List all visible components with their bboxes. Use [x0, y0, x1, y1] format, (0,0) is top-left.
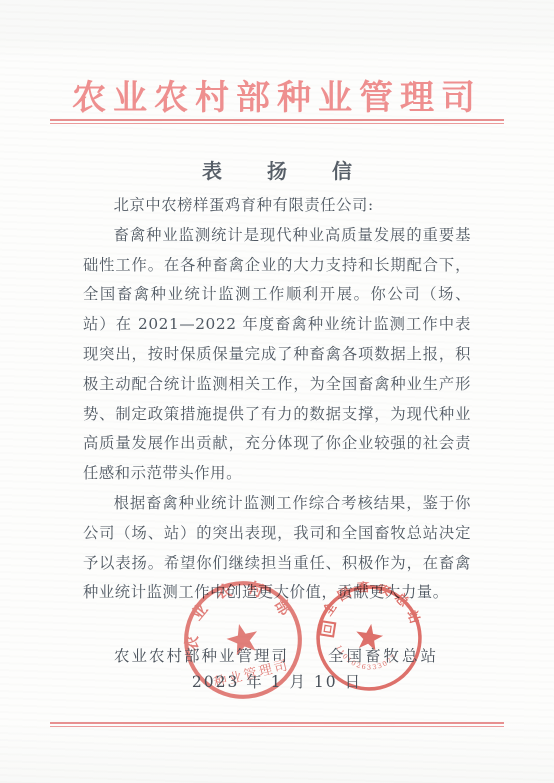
footer-rule — [50, 722, 504, 727]
signature-org-right: 全国畜牧总站 — [328, 644, 439, 666]
body-paragraph-1: 畜禽种业监测统计是现代种业高质量发展的重要基础性工作。在各种畜禽企业的大力支持和… — [83, 221, 471, 489]
seal-right-emblem-box-inner — [324, 625, 331, 632]
seal-right-emblem-box — [320, 621, 335, 636]
letter-date: 2023 年 1 月 10 日 — [0, 670, 554, 692]
signature-org-left: 农业农村部种业管理司 — [114, 644, 289, 666]
salutation-line: 北京中农榜样蛋鸡育种有限责任公司: — [83, 191, 471, 221]
letter-body: 北京中农榜样蛋鸡育种有限责任公司: 畜禽种业监测统计是现代种业高质量发展的重要基… — [83, 191, 471, 608]
letterhead-divider-rule — [50, 119, 504, 124]
body-paragraph-2: 根据畜禽种业统计监测工作综合考核结果，鉴于你公司（场、站）的突出表现，我司和全国… — [83, 489, 471, 608]
letterhead-org-title: 农业农村部种业管理司 — [0, 70, 554, 119]
letter-title: 表 扬 信 — [0, 155, 554, 184]
commendation-letter-page: 农业农村部种业管理司 表 扬 信 北京中农榜样蛋鸡育种有限责任公司: 畜禽种业监… — [0, 0, 554, 783]
